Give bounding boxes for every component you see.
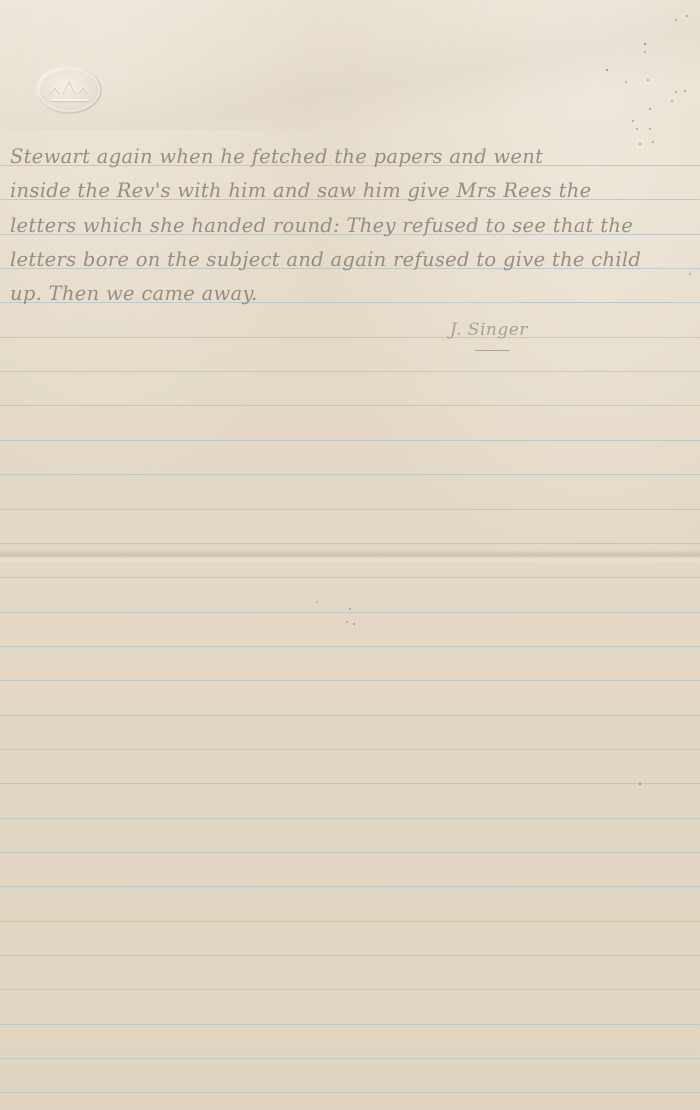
rule-line bbox=[0, 852, 700, 853]
rule-line bbox=[0, 509, 700, 510]
rule-line bbox=[0, 989, 700, 990]
rule-line bbox=[0, 543, 700, 544]
rule-line bbox=[0, 715, 700, 716]
rule-line bbox=[0, 1058, 700, 1059]
rule-line bbox=[0, 1024, 700, 1025]
rule-line bbox=[0, 886, 700, 887]
rule-line bbox=[0, 440, 700, 441]
rule-line bbox=[0, 921, 700, 922]
rule-line bbox=[0, 955, 700, 956]
letter-page: Stewart again when he fetched the papers… bbox=[0, 0, 700, 1110]
rule-line bbox=[0, 337, 700, 338]
rule-line bbox=[0, 474, 700, 475]
rule-line bbox=[0, 749, 700, 750]
embossed-seal-icon bbox=[36, 66, 102, 114]
rule-line bbox=[0, 646, 700, 647]
rule-line bbox=[0, 577, 700, 578]
body-line: Stewart again when he fetched the papers… bbox=[10, 142, 700, 176]
body-line: letters which she handed round: They ref… bbox=[10, 211, 700, 245]
paper-fold bbox=[0, 550, 700, 564]
body-line: letters bore on the subject and again re… bbox=[10, 245, 700, 279]
paper-crease bbox=[0, 0, 700, 130]
rule-line bbox=[0, 783, 700, 784]
rule-line bbox=[0, 818, 700, 819]
rule-line bbox=[0, 371, 700, 372]
rule-line bbox=[0, 680, 700, 681]
body-line: inside the Rev's with him and saw him gi… bbox=[10, 176, 700, 210]
rule-line bbox=[0, 405, 700, 406]
rule-line bbox=[0, 612, 700, 613]
rule-line bbox=[0, 1092, 700, 1093]
body-line: up. Then we came away. bbox=[10, 279, 700, 313]
signature: J. Singer bbox=[450, 320, 528, 340]
signature-underline bbox=[475, 350, 510, 351]
letter-body: Stewart again when he fetched the papers… bbox=[10, 142, 700, 314]
